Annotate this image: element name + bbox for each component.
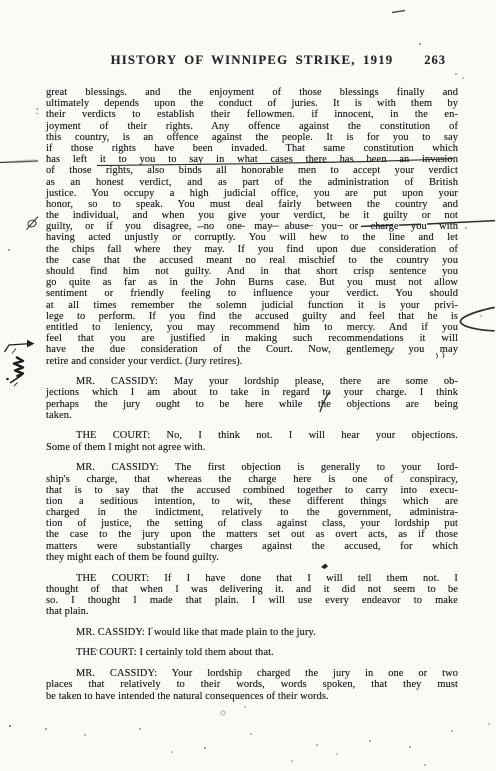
text-line: have the due consideration of the Court.… <box>46 344 458 355</box>
text-line: that is to say that the accused combined… <box>46 485 458 496</box>
text-line: retire and consider your verdict. (Jury … <box>46 356 458 367</box>
text-line: at all times remember the solemn judicia… <box>46 300 458 311</box>
text-line: be taken to have intended the natural co… <box>46 691 458 702</box>
paragraph: MR. CASSIDY: May your lordship please, t… <box>46 376 458 421</box>
page-header: HISTORY OF WINNIPEG STRIKE, 1919 263 <box>46 53 458 69</box>
text-line: tion a seditious intention, to wit, thes… <box>46 496 458 507</box>
text-line: has left it to you to say in what cases … <box>46 154 458 165</box>
body-text: great blessings. and the enjoyment of th… <box>46 87 458 702</box>
left-margin-pen-line-mark <box>0 161 38 163</box>
text-line: the chips fall where they may. If you fi… <box>46 244 458 255</box>
text-line: the individual, and when you give your v… <box>46 210 458 221</box>
text-line: MR. CASSIDY: The first objection is gene… <box>46 462 458 473</box>
text-line: perhaps the jury ought to be here while … <box>46 399 458 410</box>
paragraph: THE COURT: No, I think not. I will hear … <box>46 430 458 452</box>
text-line: places that relatively to their words, w… <box>46 679 458 690</box>
page-title: HISTORY OF WINNIPEG STRIKE, 1919 <box>46 53 458 68</box>
text-line: matters were substantially charges again… <box>46 541 458 552</box>
page-number: 263 <box>424 53 446 68</box>
paragraph: THE COURT: If I have done that I will te… <box>46 573 458 618</box>
paragraph: great blessings. and the enjoyment of th… <box>46 87 458 367</box>
text-line: MR. CASSIDY: I would like that made plai… <box>46 627 458 638</box>
text-line: feel that you are justified in making su… <box>46 333 458 344</box>
text-line: entitled to leniency, you may recommend … <box>46 322 458 333</box>
text-line: so. I thought I made that plain. I will … <box>46 595 458 606</box>
text-line: should find him not guilty. And in that … <box>46 266 458 277</box>
text-line: joyment of their rights. Any offence aga… <box>46 121 458 132</box>
text-line: their verdicts to establish their fellow… <box>46 109 458 120</box>
text-line: the case to the jury upon the matters se… <box>46 529 458 540</box>
top-right-dash-mark <box>392 11 405 13</box>
text-line: tion of justice, the setting of class ag… <box>46 518 458 529</box>
text-line: the case that the accused meant no real … <box>46 255 458 266</box>
right-chevron-arrow-mark <box>460 308 494 331</box>
text-line: they might each of them be found guilty. <box>46 552 458 563</box>
text-line: thought of that when I was delivering it… <box>46 584 458 595</box>
text-line: if those rights have been invaded. That … <box>46 143 458 154</box>
text-line: justice. You occupy a high judicial offi… <box>46 188 458 199</box>
text-line: guilty, or if you disagree, no one may a… <box>46 221 458 232</box>
null-symbol-mark <box>27 217 39 230</box>
text-line: this country, is an offence against the … <box>46 132 458 143</box>
paragraph: MR. CASSIDY: I would like that made plai… <box>46 627 458 638</box>
text-line: lege to perform. If you find the accused… <box>46 311 458 322</box>
text-line: MR. CASSIDY: May your lordship please, t… <box>46 376 458 387</box>
text-line: charged in the indictment, relatively to… <box>46 507 458 518</box>
text-line: having acted unjustly or corruptly. You … <box>46 232 458 243</box>
margin-scribble-mark <box>6 357 23 386</box>
text-line: ultimately depends upon the conduct of j… <box>46 98 458 109</box>
text-line: THE COURT: If I have done that I will te… <box>46 573 458 584</box>
text-line: go quite as far as in the John Burns cas… <box>46 277 458 288</box>
margin-arrow-mark <box>5 340 35 354</box>
text-line: jections which I am about to take in reg… <box>46 387 458 398</box>
text-line: that plain. <box>46 606 458 617</box>
paragraph: MR. CASSIDY: Your lordship charged the j… <box>46 668 458 702</box>
text-line: Some of them I might not agree with. <box>46 442 458 453</box>
text-line: great blessings. and the enjoyment of th… <box>46 87 458 98</box>
text-line: THE COURT: No, I think not. I will hear … <box>46 430 458 441</box>
paragraph: MR. CASSIDY: The first objection is gene… <box>46 462 458 563</box>
text-line: sentiment or friendly feeling to influen… <box>46 288 458 299</box>
text-line: THE COURT: I certainly told them about t… <box>46 647 458 658</box>
text-line: of those rights, also binds all honorabl… <box>46 165 458 176</box>
paragraph: THE COURT: I certainly told them about t… <box>46 647 458 658</box>
text-line: taken. <box>46 410 458 421</box>
text-line: ship's charge, that whereas the charge h… <box>46 474 458 485</box>
text-line: as an honest verdict, and as part of the… <box>46 177 458 188</box>
book-page: HISTORY OF WINNIPEG STRIKE, 1919 263 gre… <box>0 0 496 771</box>
text-line: honor, so to speak. You must deal fairly… <box>46 199 458 210</box>
text-line: MR. CASSIDY: Your lordship charged the j… <box>46 668 458 679</box>
